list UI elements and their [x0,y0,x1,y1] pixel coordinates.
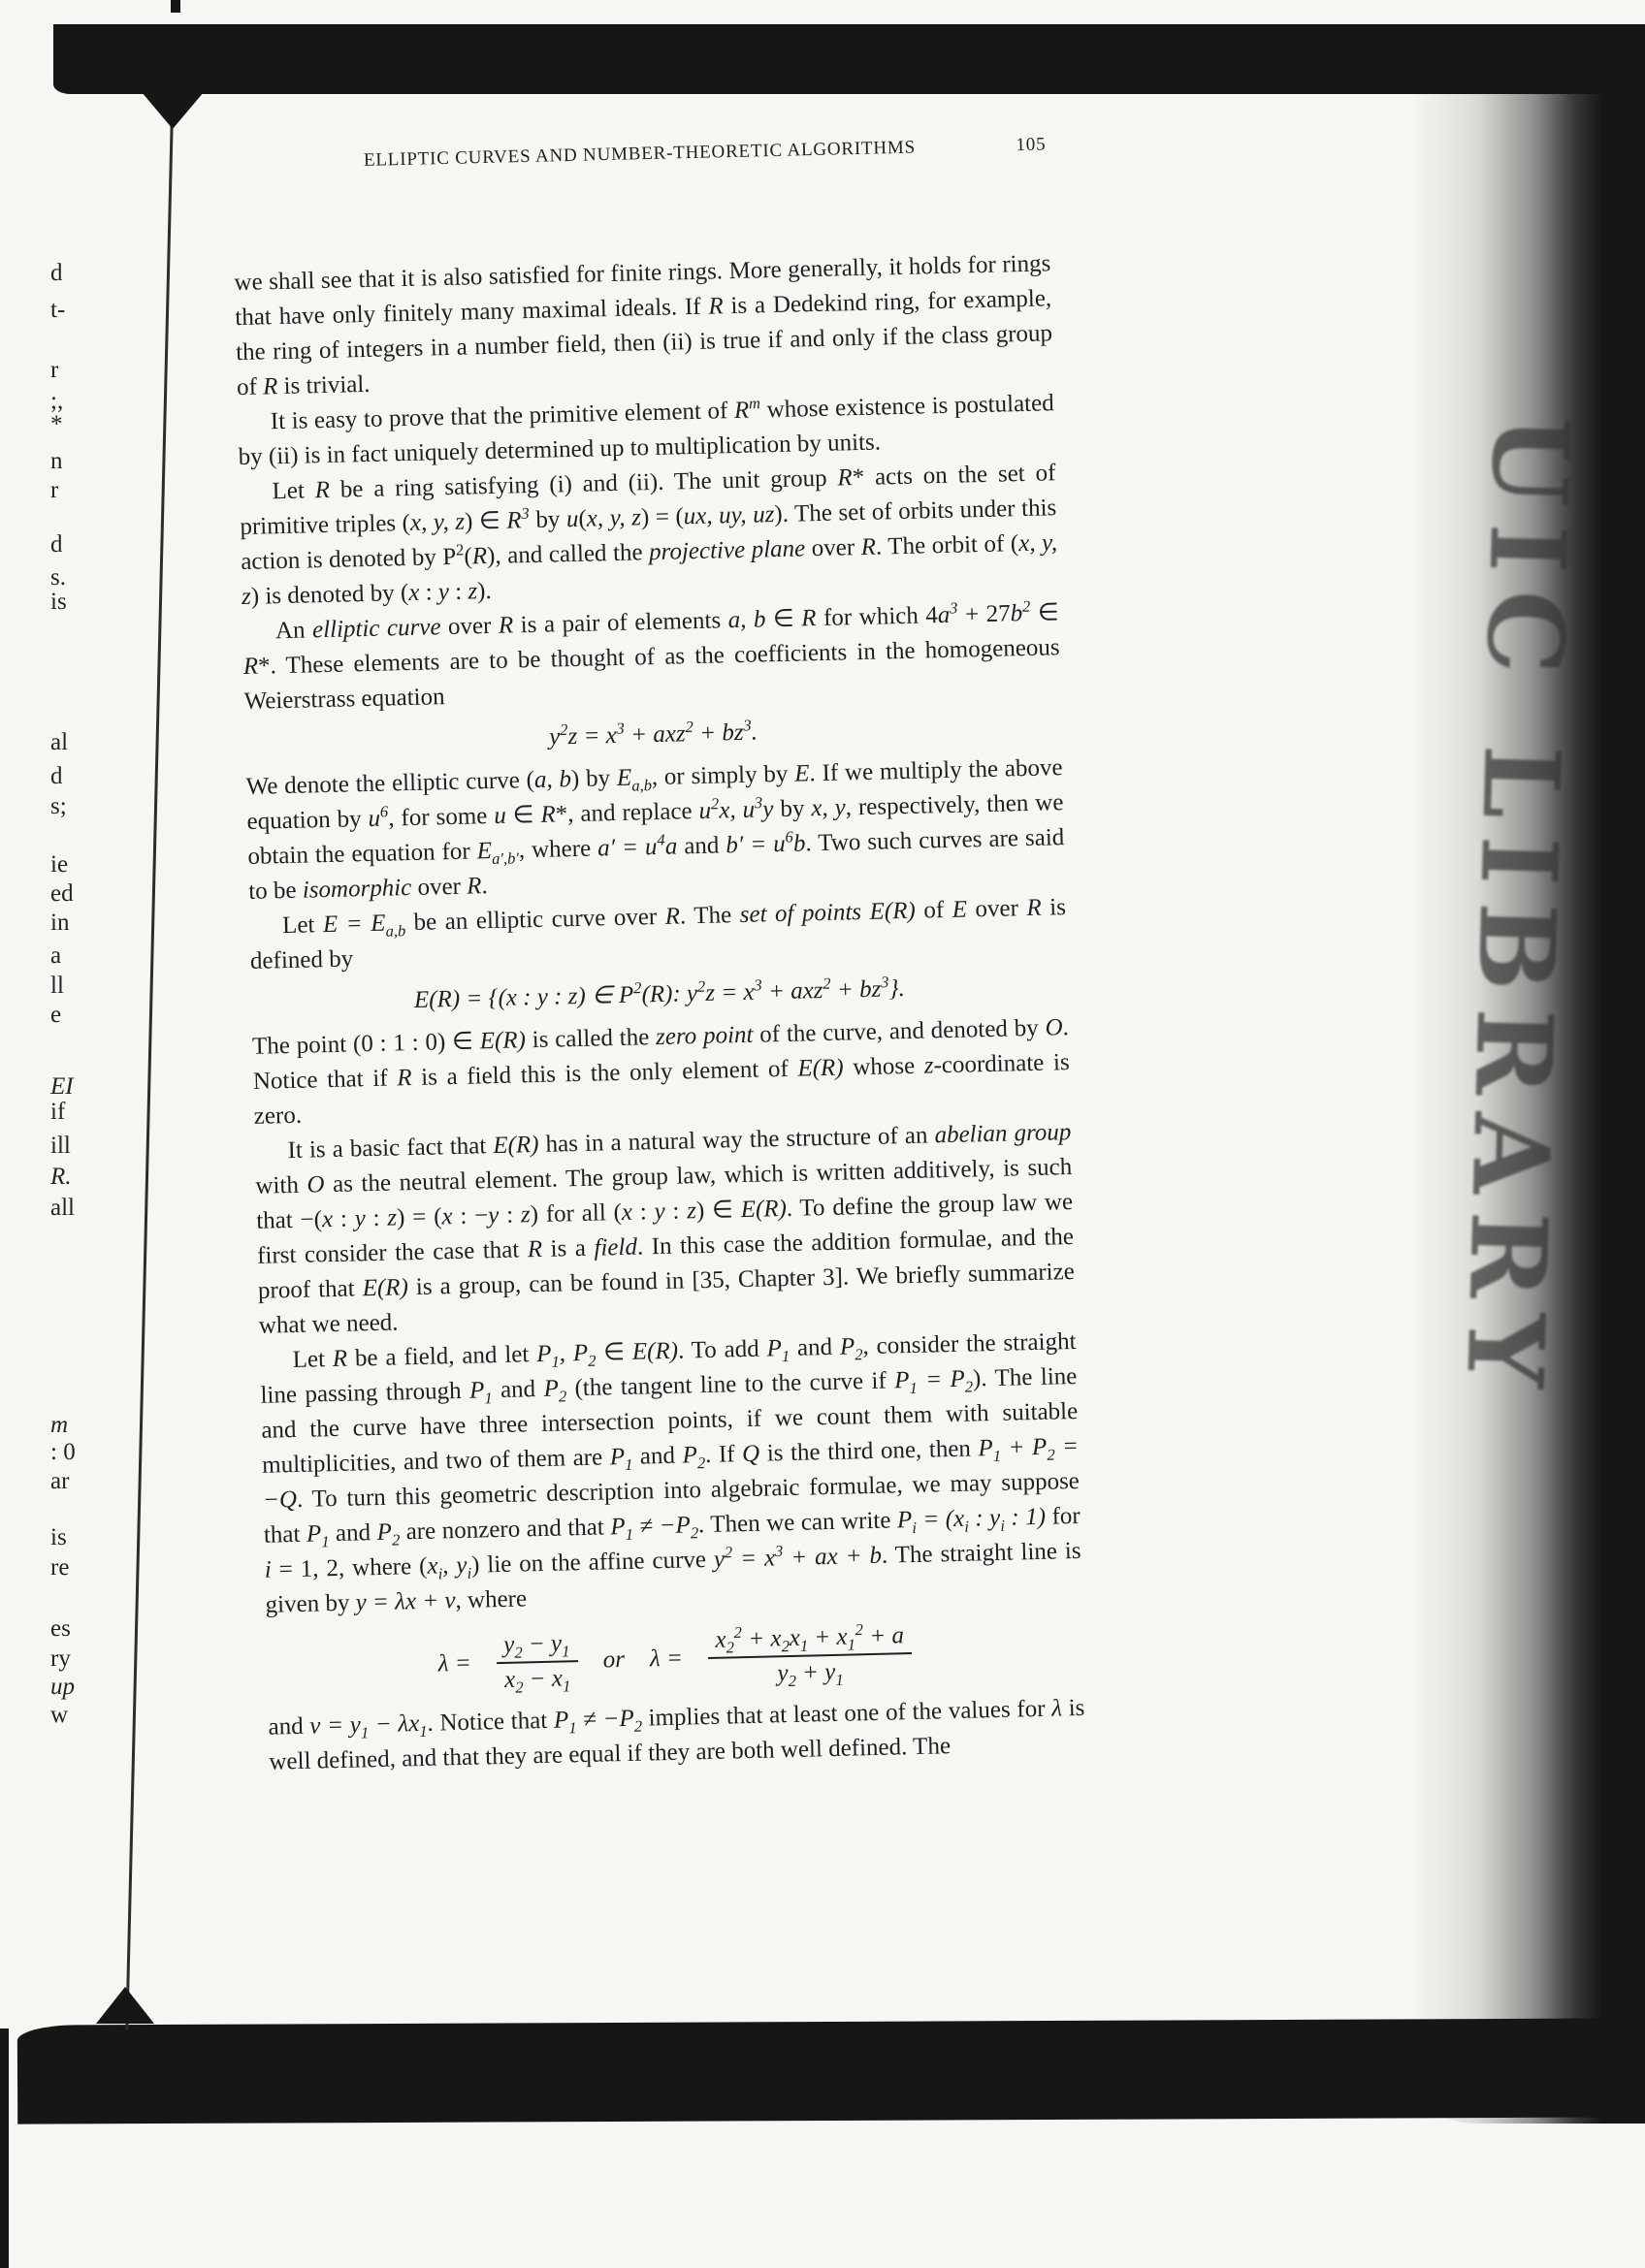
margin-fragment: is [50,589,67,616]
gutter-crease-line [125,109,174,2030]
margin-fragment: r [50,357,58,384]
margin-fragment: all [50,1195,75,1222]
paragraph: we shall see that it is also satisfied f… [234,246,1053,405]
numerator: y2 − y1 [496,1629,578,1664]
scan-border-bottom-left [0,2028,9,2268]
margin-fragment: d [50,260,63,287]
denominator: x2 − x1 [497,1662,579,1695]
margin-fragment: al [50,729,68,756]
paragraph: and ν = y1 − λx1. Notice that P1 ≠ −P2 i… [268,1691,1085,1780]
paragraph: An elliptic curve over R is a pair of el… [242,595,1061,719]
margin-fragment: * [50,411,63,438]
scanned-book-page: UIC LIBRARY dt-r;,*nrds.isalds;ieedinall… [0,0,1645,2268]
margin-fragment: re [50,1554,69,1581]
margin-fragment: ar [50,1468,69,1495]
page-header: ELLIPTIC CURVES AND NUMBER-THEORETIC ALG… [231,134,1048,180]
gutter-shadow-bottom [96,1987,154,2024]
margin-fragment: : 0 [50,1439,76,1466]
equation-lhs: λ = [437,1646,471,1682]
margin-fragment: EI [50,1073,74,1101]
margin-fragment: in [50,910,69,937]
margin-fragment: d [50,531,63,559]
margin-fragment: ll [50,973,64,1000]
page-content: ELLIPTIC CURVES AND NUMBER-THEORETIC ALG… [231,134,1085,1779]
paragraph: It is a basic fact that E(R) has in a na… [254,1115,1076,1344]
numerator: x22 + x2x1 + x12 + a [707,1621,912,1659]
margin-fragment: w [50,1702,68,1729]
gutter-shadow-top [142,92,204,129]
paragraph: The point (0 : 1 : 0) ∈ E(R) is called t… [252,1010,1071,1134]
margin-fragment: ill [50,1133,71,1160]
equation-connector: or [602,1643,625,1678]
margin-fragment: s; [50,793,67,820]
margin-fragment: m [50,1412,68,1439]
body-text: we shall see that it is also satisfied f… [234,246,1086,1779]
equation-lhs: λ = [650,1642,684,1677]
margin-fragment: a [50,942,61,970]
margin-fragment: up [50,1674,75,1701]
paragraph: Let R be a field, and let P1, P2 ∈ E(R).… [259,1325,1082,1623]
denominator: y2 + y1 [769,1656,852,1689]
fraction: x22 + x2x1 + x12 + ay2 + y1 [707,1621,913,1690]
margin-fragment: ie [50,851,68,878]
margin-fragment: e [50,1002,61,1029]
margin-fragment: es [50,1615,71,1643]
margin-fragment: d [50,763,63,790]
lambda-equation: λ =y2 − y1x2 − x1orλ =x22 + x2x1 + x12 +… [266,1617,1083,1701]
margin-fragment: ry [50,1645,71,1673]
margin-fragment: s. [50,564,66,591]
scan-border-bottom [17,2018,1645,2124]
margin-fragment: t- [50,297,65,324]
fraction: y2 − y1x2 − x1 [496,1629,579,1695]
running-head-title: ELLIPTIC CURVES AND NUMBER-THEORETIC ALG… [231,134,1048,175]
paragraph: Let R be a ring satisfying (i) and (ii).… [239,456,1058,615]
crease-top-tick [171,0,180,13]
page-number: 105 [1016,134,1046,156]
margin-fragment: is [50,1524,67,1551]
margin-fragment: R. [50,1164,72,1191]
margin-fragment: r [50,477,58,504]
margin-fragment: if [50,1099,65,1126]
margin-fragment: ed [50,880,74,908]
paragraph: We denote the elliptic curve (a, b) by E… [245,751,1065,910]
margin-fragment: n [50,448,63,475]
scan-border-top [53,24,1645,94]
